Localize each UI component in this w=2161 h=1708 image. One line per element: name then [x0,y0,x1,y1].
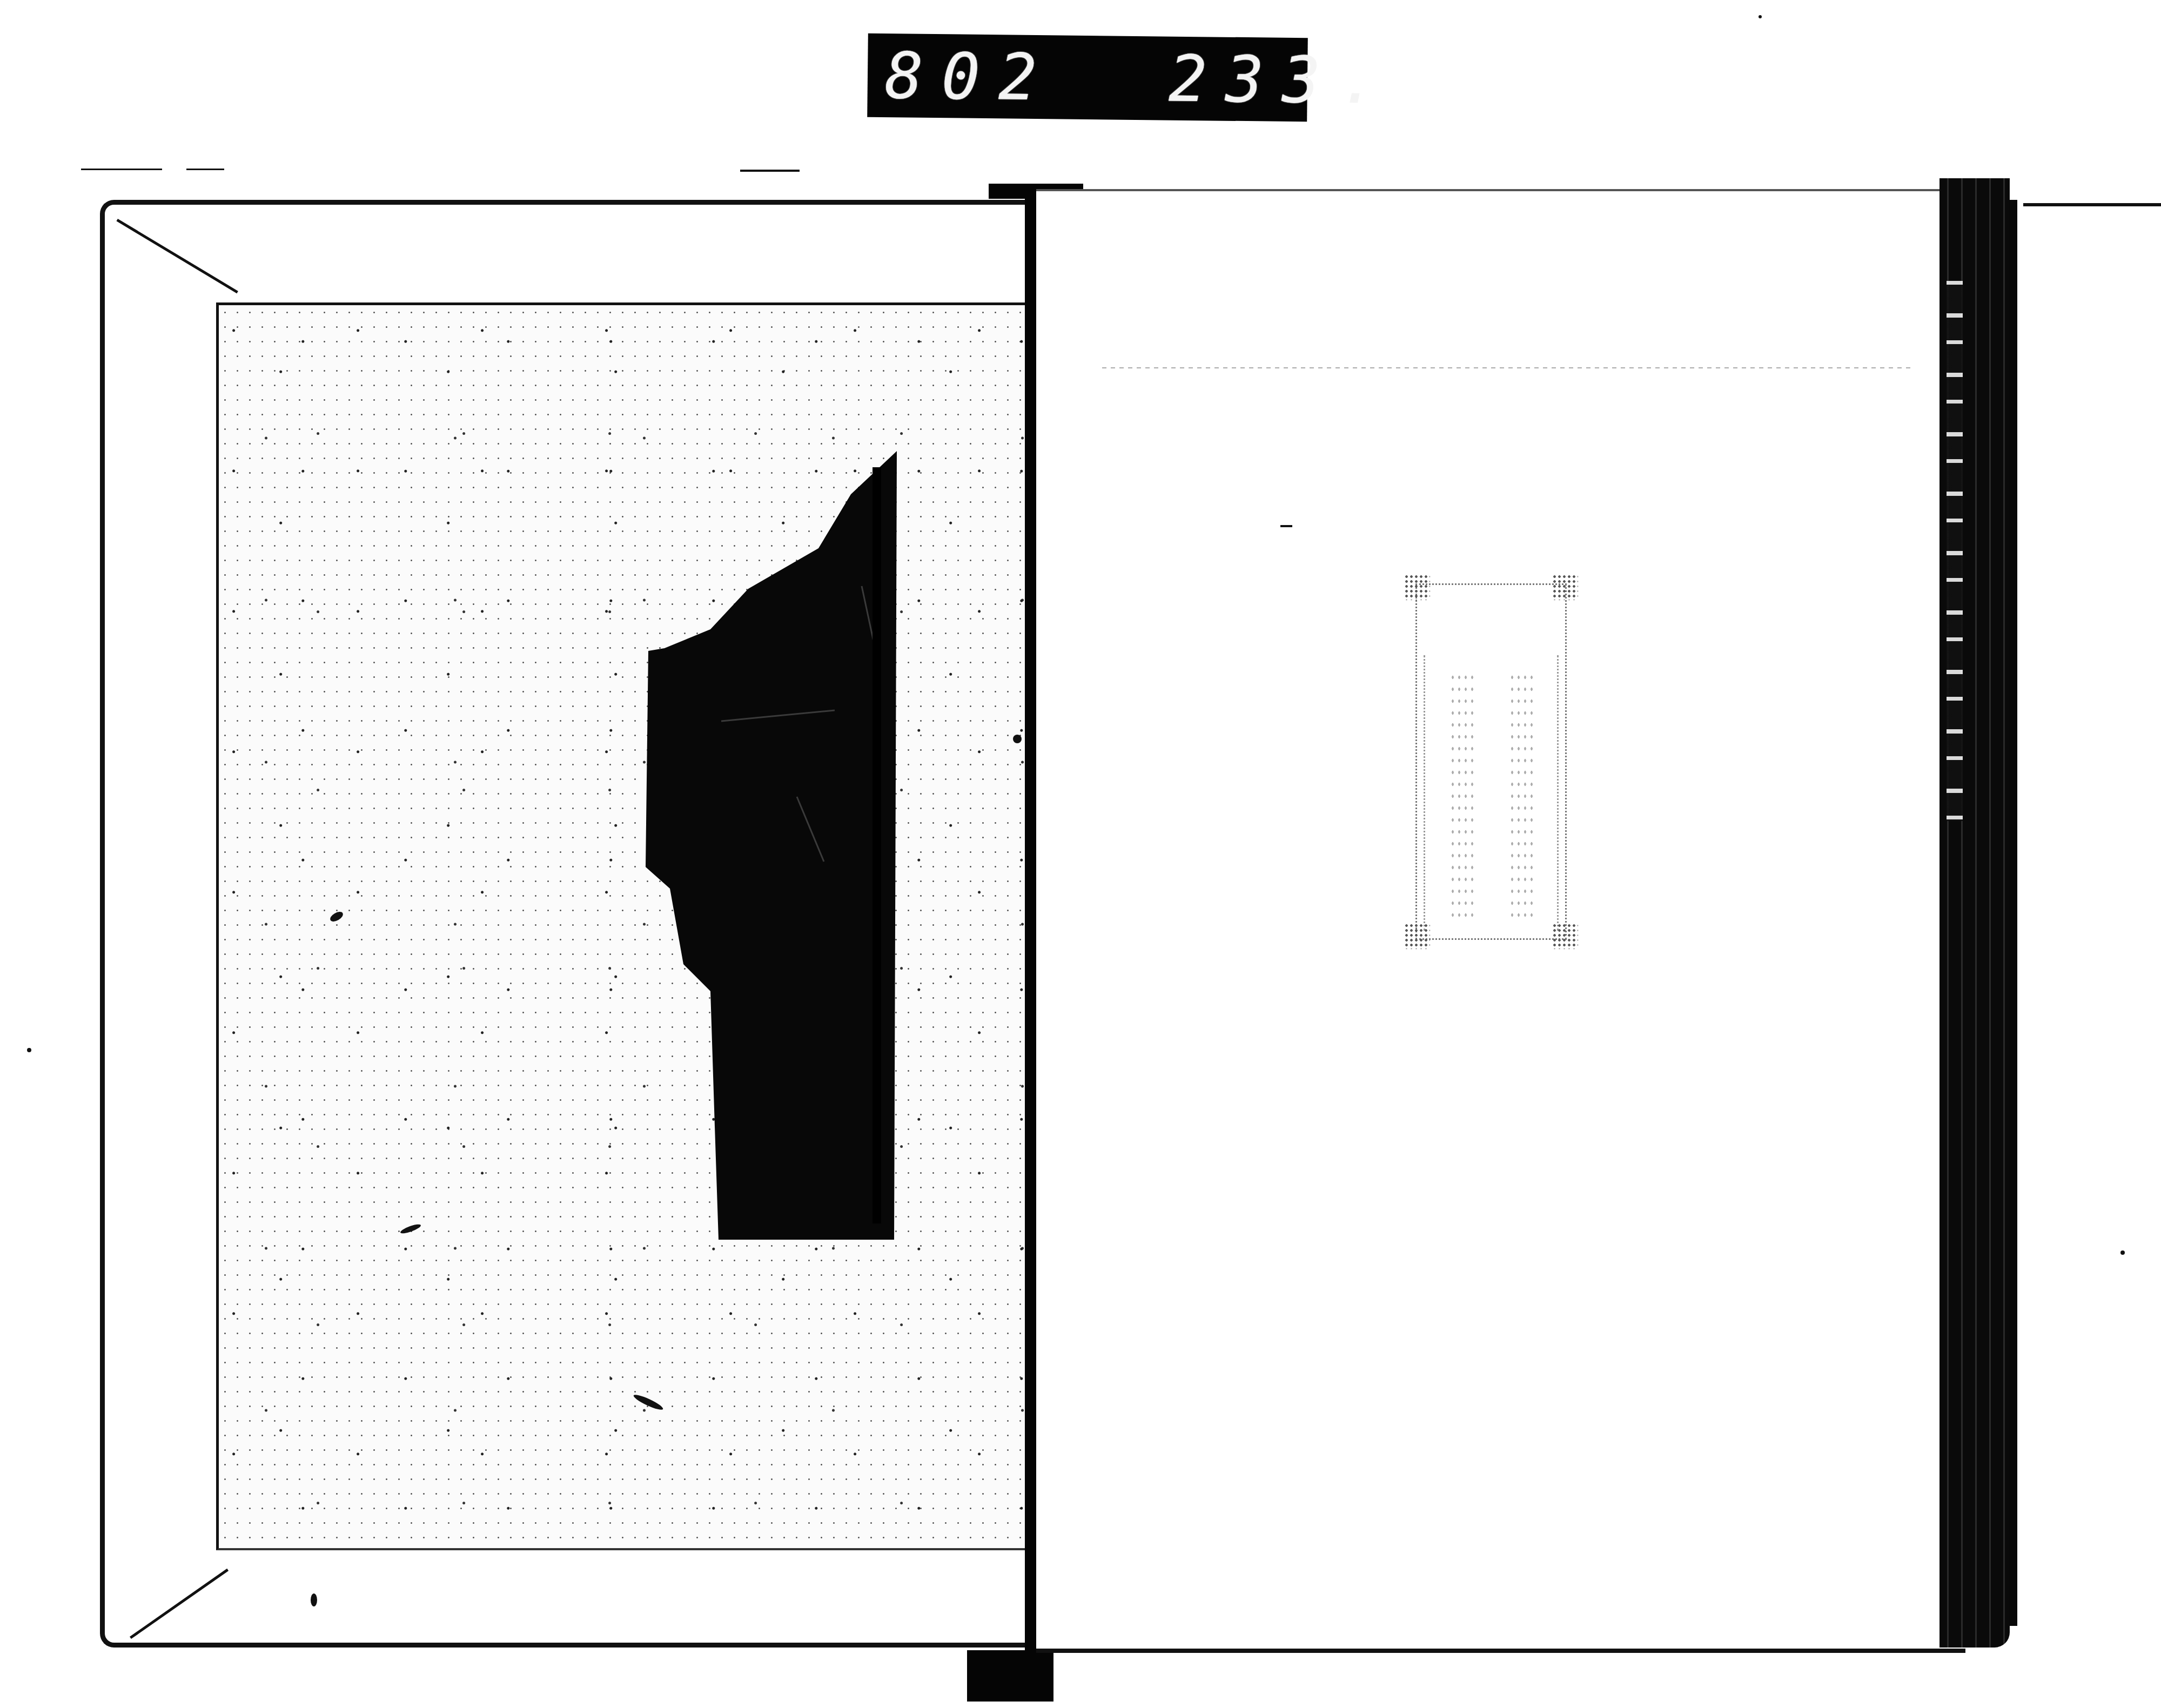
seal-text-column-right [1509,671,1533,920]
scan-artifact-line [2023,203,2161,206]
scan-speck [27,1048,31,1052]
paper-mark [1280,525,1292,527]
seal-corner-ornament [1404,923,1430,949]
spine-label [1947,281,1963,821]
paper-stain [311,1593,317,1606]
paper-stain [1013,735,1022,743]
gutter-clip-bottom [967,1650,1053,1702]
left-endpaper-panel [216,302,1026,1550]
seal-text-column-left [1449,671,1473,920]
seal-corner-ornament [1552,923,1578,949]
torn-label-patch [646,451,900,1240]
scan-artifact-line [740,170,800,172]
frame-counter: 802 233. [867,33,1308,122]
scan-speck [2120,1250,2125,1255]
scan-speck [1759,15,1762,18]
seal-frame [1424,655,1559,931]
back-cover-edge [2010,200,2017,1626]
faint-ruled-line [1102,367,1912,368]
seal-corner-ornament [1552,574,1578,600]
scan-artifact-line [81,169,162,170]
book-gutter [1025,186,1037,1653]
ownership-seal [1415,583,1567,940]
seal-corner-ornament [1404,574,1430,600]
scan-artifact-line [186,169,224,170]
frame-counter-digits: 802 233. [884,44,1396,113]
